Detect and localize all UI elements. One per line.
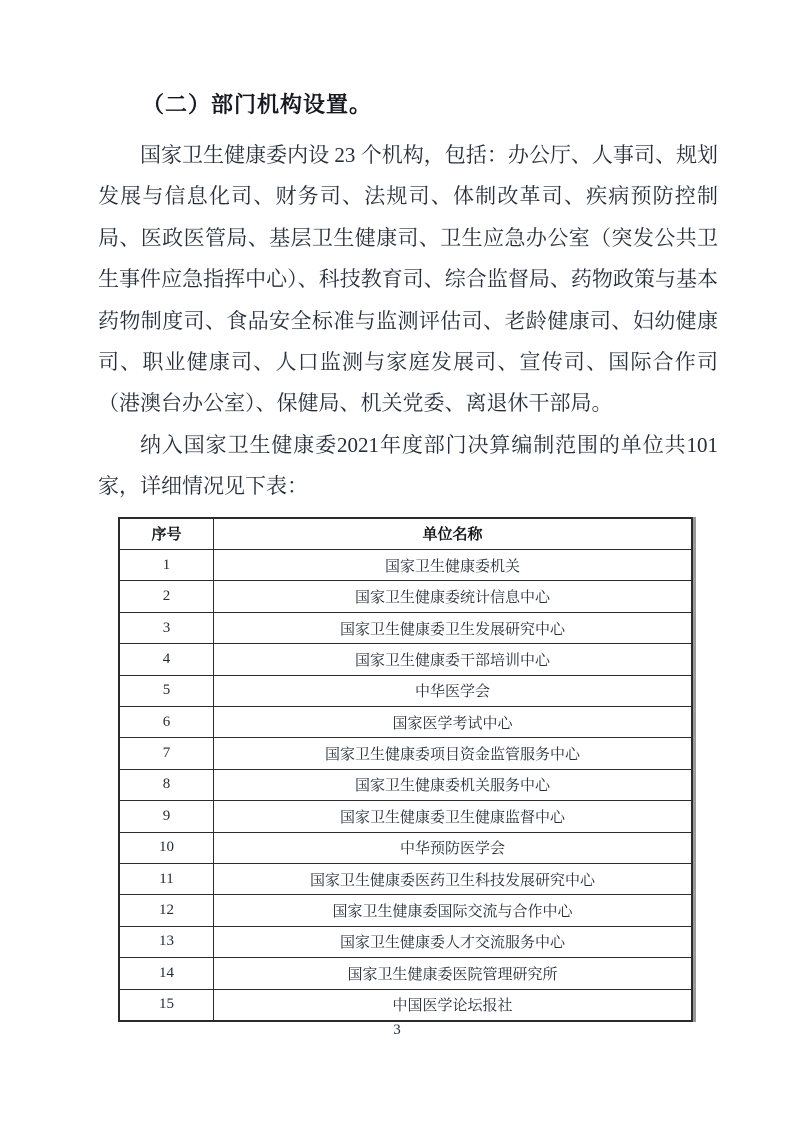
table-row: 4 国家卫生健康委干部培训中心 (119, 644, 692, 675)
unit-name-cell: 国家卫生健康委人才交流服务中心 (214, 926, 693, 957)
unit-name-cell: 国家卫生健康委卫生健康监督中心 (214, 801, 693, 832)
table-row: 14 国家卫生健康委医院管理研究所 (119, 958, 692, 989)
table-row: 8 国家卫生健康委机关服务中心 (119, 769, 692, 800)
body-paragraph-1: 国家卫生健康委内设 23 个机构，包括：办公厅、人事司、规划发展与信息化司、财务… (98, 135, 718, 425)
unit-name-cell: 国家卫生健康委机关服务中心 (214, 769, 693, 800)
row-index-cell: 11 (119, 863, 214, 894)
unit-name-cell: 国家卫生健康委统计信息中心 (214, 581, 693, 612)
row-index-cell: 10 (119, 832, 214, 863)
row-index-cell: 13 (119, 926, 214, 957)
table-row: 9 国家卫生健康委卫生健康监督中心 (119, 801, 692, 832)
table-row: 6 国家医学考试中心 (119, 707, 692, 738)
row-index-cell: 3 (119, 612, 214, 643)
unit-name-cell: 国家卫生健康委医药卫生科技发展研究中心 (214, 863, 693, 894)
document-page: （二）部门机构设置。 国家卫生健康委内设 23 个机构，包括：办公厅、人事司、规… (0, 0, 794, 1123)
unit-name-cell: 国家卫生健康委机关 (214, 550, 693, 581)
table-row: 15 中国医学论坛报社 (119, 989, 692, 1021)
table-row: 13 国家卫生健康委人才交流服务中心 (119, 926, 692, 957)
header-cell-unit-name: 单位名称 (214, 518, 693, 550)
units-table-body: 序号 单位名称 1 国家卫生健康委机关 2 国家卫生健康委统计信息中心 3 国家… (119, 518, 692, 1021)
row-index-cell: 2 (119, 581, 214, 612)
row-index-cell: 7 (119, 738, 214, 769)
table-row: 2 国家卫生健康委统计信息中心 (119, 581, 692, 612)
row-index-cell: 5 (119, 675, 214, 706)
row-index-cell: 15 (119, 989, 214, 1021)
body-paragraph-2: 纳入国家卫生健康委2021年度部门决算编制范围的单位共101家，详细情况见下表： (98, 425, 718, 508)
row-index-cell: 14 (119, 958, 214, 989)
section-heading: （二）部门机构设置。 (98, 88, 718, 122)
unit-name-cell: 国家卫生健康委干部培训中心 (214, 644, 693, 675)
row-index-cell: 4 (119, 644, 214, 675)
unit-name-cell: 国家卫生健康委卫生发展研究中心 (214, 612, 693, 643)
unit-name-cell: 国家卫生健康委医院管理研究所 (214, 958, 693, 989)
row-index-cell: 8 (119, 769, 214, 800)
table-row: 11 国家卫生健康委医药卫生科技发展研究中心 (119, 863, 692, 894)
table-row: 1 国家卫生健康委机关 (119, 550, 692, 581)
unit-name-cell: 中国医学论坛报社 (214, 989, 693, 1021)
page-number: 3 (0, 1022, 794, 1039)
table-row: 12 国家卫生健康委国际交流与合作中心 (119, 895, 692, 926)
unit-name-cell: 国家卫生健康委项目资金监管服务中心 (214, 738, 693, 769)
row-index-cell: 6 (119, 707, 214, 738)
table-row: 5 中华医学会 (119, 675, 692, 706)
unit-name-cell: 中华医学会 (214, 675, 693, 706)
units-table: 序号 单位名称 1 国家卫生健康委机关 2 国家卫生健康委统计信息中心 3 国家… (118, 517, 693, 1022)
unit-name-cell: 国家卫生健康委国际交流与合作中心 (214, 895, 693, 926)
table-row: 3 国家卫生健康委卫生发展研究中心 (119, 612, 692, 643)
units-table-header-row: 序号 单位名称 (119, 518, 692, 550)
header-cell-index: 序号 (119, 518, 214, 550)
row-index-cell: 1 (119, 550, 214, 581)
table-row: 7 国家卫生健康委项目资金监管服务中心 (119, 738, 692, 769)
unit-name-cell: 中华预防医学会 (214, 832, 693, 863)
row-index-cell: 9 (119, 801, 214, 832)
row-index-cell: 12 (119, 895, 214, 926)
unit-name-cell: 国家医学考试中心 (214, 707, 693, 738)
table-row: 10 中华预防医学会 (119, 832, 692, 863)
